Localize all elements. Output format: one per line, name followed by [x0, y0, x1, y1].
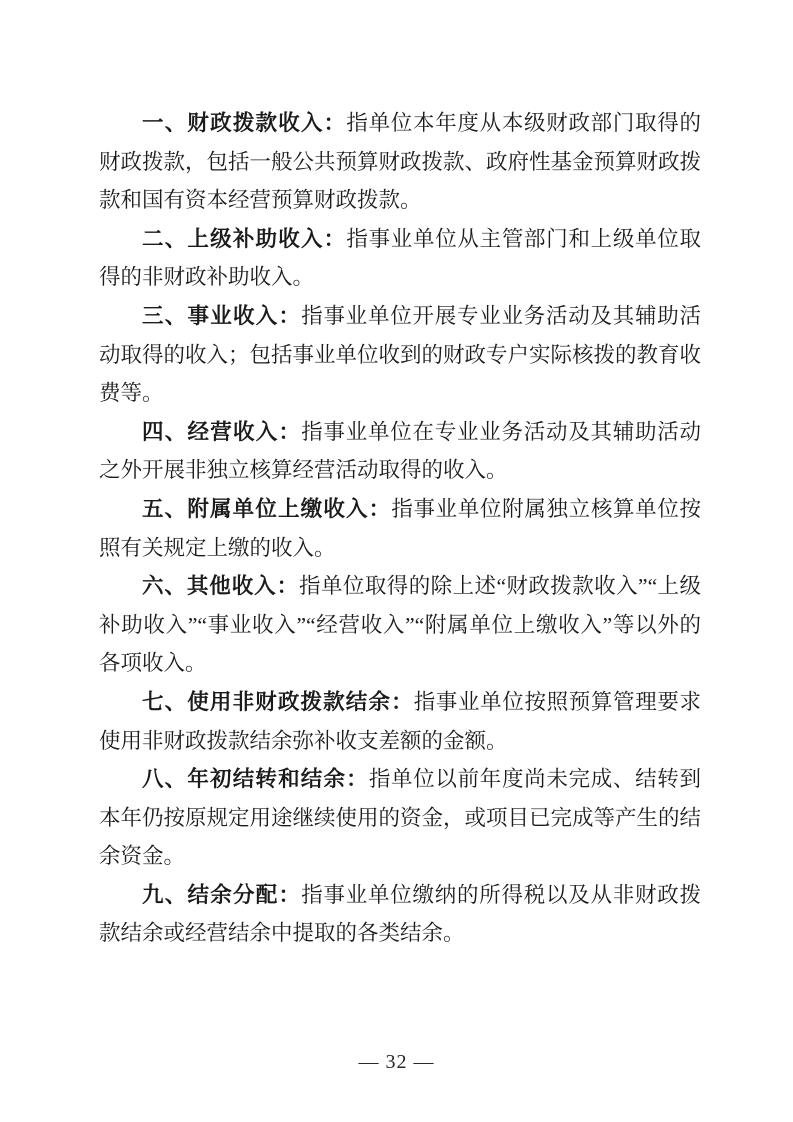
- document-body: 一、财政拨款收入：指单位本年度从本级财政部门取得的财政拨款，包括一般公共预算财政…: [99, 104, 701, 953]
- document-page: 一、财政拨款收入：指单位本年度从本级财政部门取得的财政拨款，包括一般公共预算财政…: [0, 0, 793, 1122]
- glossary-paragraph: 二、上级补助收入：指事业单位从主管部门和上级单位取得的非财政补助收入。: [99, 220, 701, 297]
- term-label: 三、事业收入：: [142, 304, 301, 328]
- glossary-paragraph: 三、事业收入：指事业单位开展专业业务活动及其辅助活动取得的收入；包括事业单位收到…: [99, 297, 701, 413]
- glossary-paragraph: 一、财政拨款收入：指单位本年度从本级财政部门取得的财政拨款，包括一般公共预算财政…: [99, 104, 701, 220]
- term-label: 一、财政拨款收入：: [142, 111, 346, 135]
- term-label: 六、其他收入：: [142, 574, 299, 598]
- term-label: 五、附属单位上缴收入：: [142, 497, 391, 521]
- glossary-paragraph: 六、其他收入：指单位取得的除上述“财政拨款收入”“上级补助收入”“事业收入”“经…: [99, 567, 701, 683]
- term-label: 四、经营收入：: [142, 420, 301, 444]
- glossary-paragraph: 七、使用非财政拨款结余：指事业单位按照预算管理要求使用非财政拨款结余弥补收支差额…: [99, 683, 701, 760]
- glossary-paragraph: 四、经营收入：指事业单位在专业业务活动及其辅助活动之外开展非独立核算经营活动取得…: [99, 413, 701, 490]
- term-label: 九、结余分配：: [142, 883, 301, 907]
- glossary-paragraph: 五、附属单位上缴收入：指事业单位附属独立核算单位按照有关规定上缴的收入。: [99, 490, 701, 567]
- term-label: 八、年初结转和结余：: [142, 767, 369, 791]
- glossary-paragraph: 八、年初结转和结余：指单位以前年度尚未完成、结转到本年仍按原规定用途继续使用的资…: [99, 760, 701, 876]
- glossary-paragraph: 九、结余分配：指事业单位缴纳的所得税以及从非财政拨款结余或经营结余中提取的各类结…: [99, 876, 701, 953]
- term-label: 七、使用非财政拨款结余：: [142, 690, 414, 714]
- term-label: 二、上级补助收入：: [142, 227, 346, 251]
- page-number: — 32 —: [0, 1048, 793, 1076]
